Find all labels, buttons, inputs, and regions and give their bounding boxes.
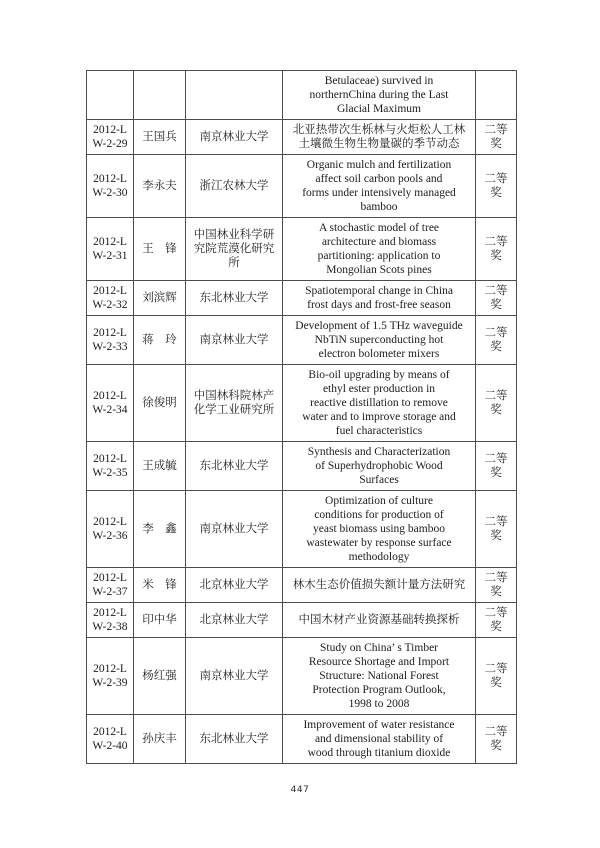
cell-award-level: 二等 奖 bbox=[476, 491, 517, 568]
cell-award-level: 二等 奖 bbox=[476, 120, 517, 155]
cell-award-level: 二等 奖 bbox=[476, 155, 517, 218]
cell-recipient-name: 刘滨辉 bbox=[134, 281, 186, 316]
cell-award-id bbox=[87, 71, 134, 120]
cell-award-id: 2012-L W-2-40 bbox=[87, 715, 134, 764]
cell-recipient-name: 杨红强 bbox=[134, 638, 186, 715]
cell-work-title: Improvement of water resistance and dime… bbox=[283, 715, 476, 764]
table-row: 2012-L W-2-39 杨红强 南京林业大学 Study on China’… bbox=[87, 638, 517, 715]
cell-award-level: 二等 奖 bbox=[476, 568, 517, 603]
cell-work-title: 北亚热带次生栎林与火炬松人工林 土壤微生物生物量碳的季节动态 bbox=[283, 120, 476, 155]
cell-award-id: 2012-L W-2-34 bbox=[87, 365, 134, 442]
cell-award-level: 二等 奖 bbox=[476, 638, 517, 715]
cell-work-title: Development of 1.5 THz waveguide NbTiN s… bbox=[283, 316, 476, 365]
page-number: 447 bbox=[0, 785, 600, 795]
cell-award-id: 2012-L W-2-37 bbox=[87, 568, 134, 603]
table-row: 2012-L W-2-34 徐俊明 中国林科院林产 化学工业研究所 Bio-oi… bbox=[87, 365, 517, 442]
cell-work-title: Study on China’ s Timber Resource Shorta… bbox=[283, 638, 476, 715]
cell-institution: 中国林业科学研 究院荒漠化研究 所 bbox=[186, 218, 283, 281]
cell-recipient-name: 印中华 bbox=[134, 603, 186, 638]
cell-award-level bbox=[476, 71, 517, 120]
cell-award-id: 2012-L W-2-30 bbox=[87, 155, 134, 218]
table-row: 2012-L W-2-36 李 鑫 南京林业大学 Optimization of… bbox=[87, 491, 517, 568]
cell-work-title: 林木生态价值损失额计量方法研究 bbox=[283, 568, 476, 603]
table-row: 2012-L W-2-32 刘滨辉 东北林业大学 Spatiotemporal … bbox=[87, 281, 517, 316]
cell-institution: 北京林业大学 bbox=[186, 568, 283, 603]
cell-recipient-name: 王国兵 bbox=[134, 120, 186, 155]
table-row: 2012-L W-2-31 王 锋 中国林业科学研 究院荒漠化研究 所 A st… bbox=[87, 218, 517, 281]
cell-recipient-name: 蒋 玲 bbox=[134, 316, 186, 365]
cell-institution: 东北林业大学 bbox=[186, 715, 283, 764]
table-row: Betulaceae) survived in northernChina du… bbox=[87, 71, 517, 120]
cell-award-id: 2012-L W-2-36 bbox=[87, 491, 134, 568]
cell-recipient-name: 孙庆丰 bbox=[134, 715, 186, 764]
cell-recipient-name: 徐俊明 bbox=[134, 365, 186, 442]
cell-award-id: 2012-L W-2-35 bbox=[87, 442, 134, 491]
table-row: 2012-L W-2-35 王成毓 东北林业大学 Synthesis and C… bbox=[87, 442, 517, 491]
cell-work-title: Betulaceae) survived in northernChina du… bbox=[283, 71, 476, 120]
table-row: 2012-L W-2-40 孙庆丰 东北林业大学 Improvement of … bbox=[87, 715, 517, 764]
table-row: 2012-L W-2-38 印中华 北京林业大学 中国木材产业资源基础转换探析 … bbox=[87, 603, 517, 638]
cell-award-level: 二等 奖 bbox=[476, 281, 517, 316]
cell-institution: 东北林业大学 bbox=[186, 442, 283, 491]
cell-institution: 南京林业大学 bbox=[186, 120, 283, 155]
cell-work-title: 中国木材产业资源基础转换探析 bbox=[283, 603, 476, 638]
cell-recipient-name: 李永夫 bbox=[134, 155, 186, 218]
table-row: 2012-L W-2-37 米 锋 北京林业大学 林木生态价值损失额计量方法研究… bbox=[87, 568, 517, 603]
cell-award-id: 2012-L W-2-33 bbox=[87, 316, 134, 365]
table-row: 2012-L W-2-33 蒋 玲 南京林业大学 Development of … bbox=[87, 316, 517, 365]
cell-work-title: Optimization of culture conditions for p… bbox=[283, 491, 476, 568]
cell-institution: 南京林业大学 bbox=[186, 316, 283, 365]
cell-recipient-name: 王成毓 bbox=[134, 442, 186, 491]
cell-award-level: 二等 奖 bbox=[476, 442, 517, 491]
cell-recipient-name bbox=[134, 71, 186, 120]
cell-institution: 中国林科院林产 化学工业研究所 bbox=[186, 365, 283, 442]
table-row: 2012-L W-2-29 王国兵 南京林业大学 北亚热带次生栎林与火炬松人工林… bbox=[87, 120, 517, 155]
cell-institution bbox=[186, 71, 283, 120]
cell-award-level: 二等 奖 bbox=[476, 715, 517, 764]
cell-award-id: 2012-L W-2-32 bbox=[87, 281, 134, 316]
cell-work-title: Bio-oil upgrading by means of ethyl este… bbox=[283, 365, 476, 442]
cell-award-id: 2012-L W-2-29 bbox=[87, 120, 134, 155]
cell-institution: 南京林业大学 bbox=[186, 491, 283, 568]
cell-institution: 北京林业大学 bbox=[186, 603, 283, 638]
cell-institution: 浙江农林大学 bbox=[186, 155, 283, 218]
cell-award-level: 二等 奖 bbox=[476, 316, 517, 365]
cell-work-title: Spatiotemporal change in China frost day… bbox=[283, 281, 476, 316]
cell-recipient-name: 李 鑫 bbox=[134, 491, 186, 568]
cell-award-id: 2012-L W-2-38 bbox=[87, 603, 134, 638]
cell-award-level: 二等 奖 bbox=[476, 218, 517, 281]
cell-award-id: 2012-L W-2-31 bbox=[87, 218, 134, 281]
cell-recipient-name: 米 锋 bbox=[134, 568, 186, 603]
cell-work-title: Synthesis and Characterization of Superh… bbox=[283, 442, 476, 491]
cell-award-id: 2012-L W-2-39 bbox=[87, 638, 134, 715]
cell-award-level: 二等 奖 bbox=[476, 603, 517, 638]
cell-work-title: A stochastic model of tree architecture … bbox=[283, 218, 476, 281]
cell-recipient-name: 王 锋 bbox=[134, 218, 186, 281]
awards-table: Betulaceae) survived in northernChina du… bbox=[86, 70, 517, 764]
cell-award-level: 二等 奖 bbox=[476, 365, 517, 442]
document-page: Betulaceae) survived in northernChina du… bbox=[0, 0, 600, 848]
cell-institution: 南京林业大学 bbox=[186, 638, 283, 715]
table-row: 2012-L W-2-30 李永夫 浙江农林大学 Organic mulch a… bbox=[87, 155, 517, 218]
cell-institution: 东北林业大学 bbox=[186, 281, 283, 316]
cell-work-title: Organic mulch and fertilization affect s… bbox=[283, 155, 476, 218]
